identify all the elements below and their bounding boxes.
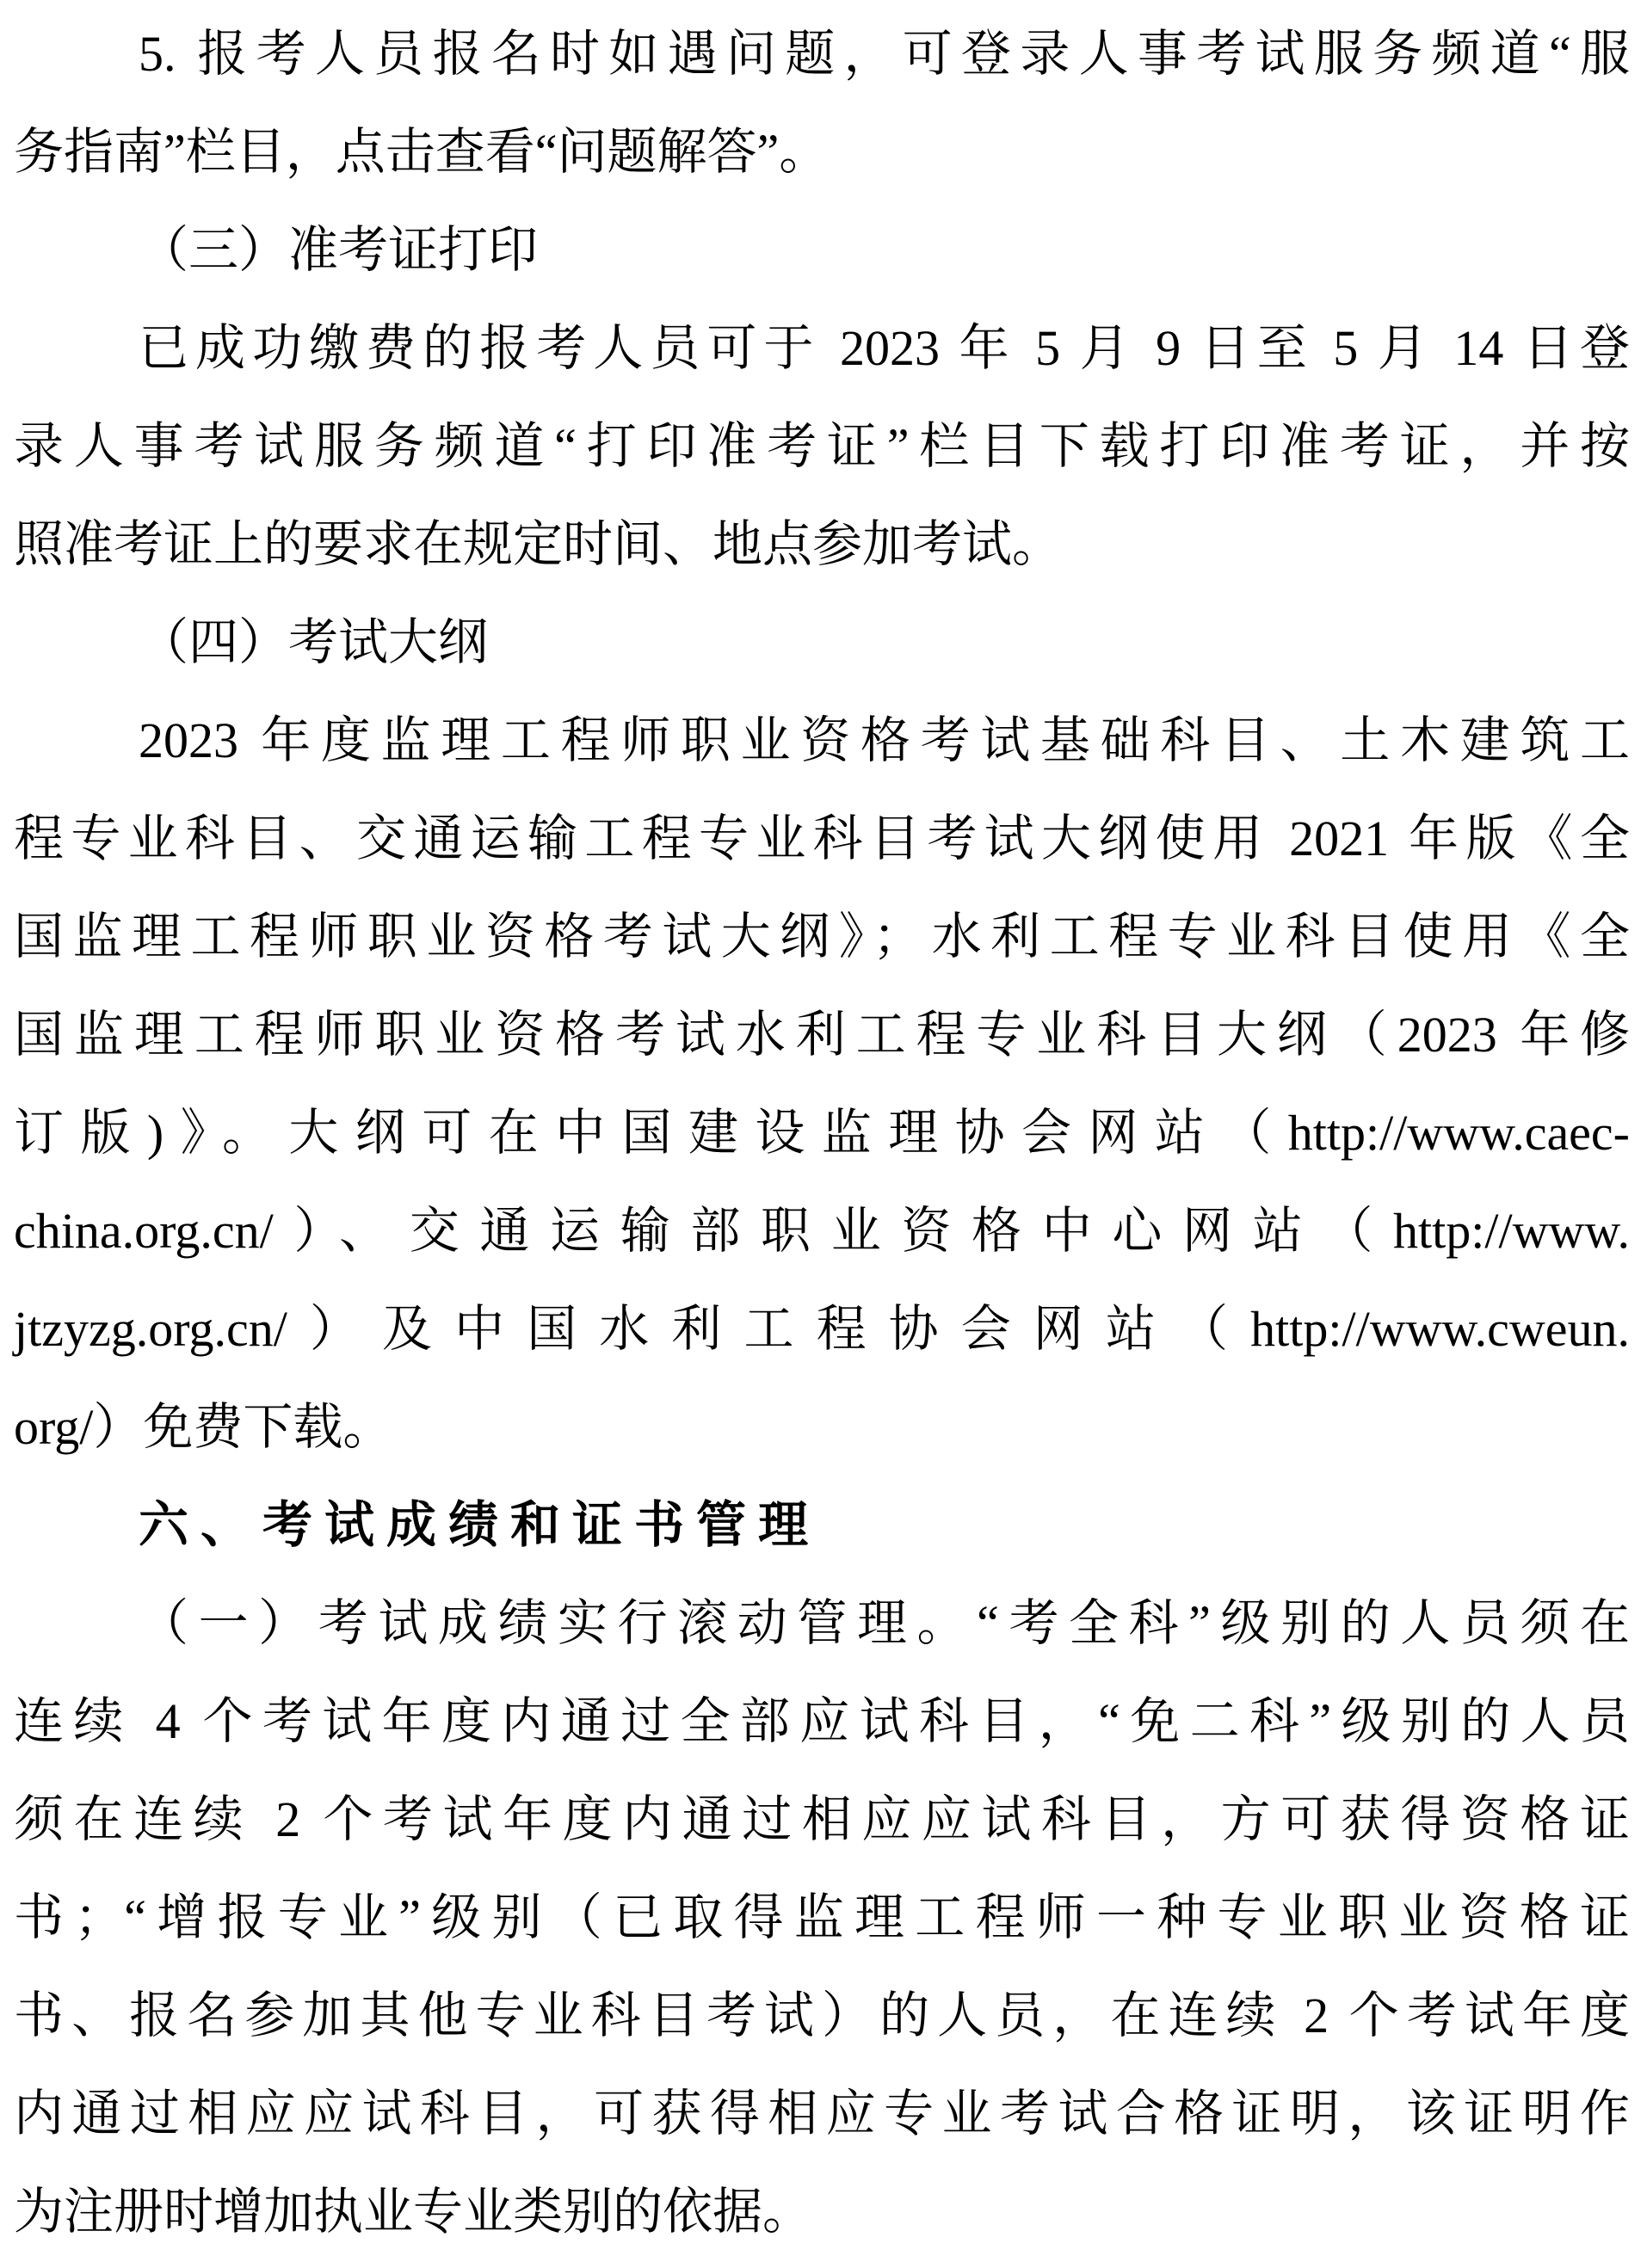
text-line: 国监理工程师职业资格考试大纲》；水利工程专业科目使用《全 [14,888,1630,986]
text-line: org/）免费下载。 [14,1378,1630,1476]
subsection-heading: （三）准考证打印 [14,201,1630,299]
text-line: 须在连续 2 个考试年度内通过相应应试科目，方可获得资格证 [14,1771,1630,1869]
text-line: 已成功缴费的报考人员可于 2023 年 5 月 9 日至 5 月 14 日登 [14,299,1630,398]
document-page: 5. 报考人员报名时如遇问题，可登录人事考试服务频道“服务指南”栏目，点击查看“… [0,0,1647,2268]
section-heading: 六、考试成绩和证书管理 [14,1476,1630,1575]
text-line: 订版)》。大纲可在中国建设监理协会网站（http://www.caec- [14,1084,1630,1182]
text-line: 连续 4 个考试年度内通过全部应试科目，“免二科”级别的人员 [14,1673,1630,1771]
text-line: 内通过相应应试科目，可获得相应专业考试合格证明，该证明作 [14,2065,1630,2163]
text-line: 书、报名参加其他专业科目考试）的人员，在连续 2 个考试年度 [14,1967,1630,2065]
text-line: （一）考试成绩实行滚动管理。“考全科”级别的人员须在 [14,1575,1630,1673]
text-line: jtzyzg.org.cn/）及中国水利工程协会网站（http://www.cw… [14,1280,1630,1378]
text-line: 2023 年度监理工程师职业资格考试基础科目、土木建筑工 [14,692,1630,790]
text-line: 务指南”栏目，点击查看“问题解答”。 [14,103,1630,201]
text-line: 国监理工程师职业资格考试水利工程专业科目大纲（2023 年修 [14,986,1630,1084]
text-line: 5. 报考人员报名时如遇问题，可登录人事考试服务频道“服 [14,5,1630,103]
text-line: 程专业科目、交通运输工程专业科目考试大纲使用 2021 年版《全 [14,790,1630,888]
document-body: 5. 报考人员报名时如遇问题，可登录人事考试服务频道“服务指南”栏目，点击查看“… [14,5,1630,2261]
text-line: 为注册时增加执业专业类别的依据。 [14,2163,1630,2261]
text-line: 录人事考试服务频道“打印准考证”栏目下载打印准考证，并按 [14,398,1630,496]
subsection-heading: （四）考试大纲 [14,594,1630,692]
text-line: 照准考证上的要求在规定时间、地点参加考试。 [14,496,1630,594]
text-line: china.org.cn/）、交通运输部职业资格中心网站（http://www. [14,1182,1630,1280]
text-line: 书；“增报专业”级别（已取得监理工程师一种专业职业资格证 [14,1869,1630,1967]
